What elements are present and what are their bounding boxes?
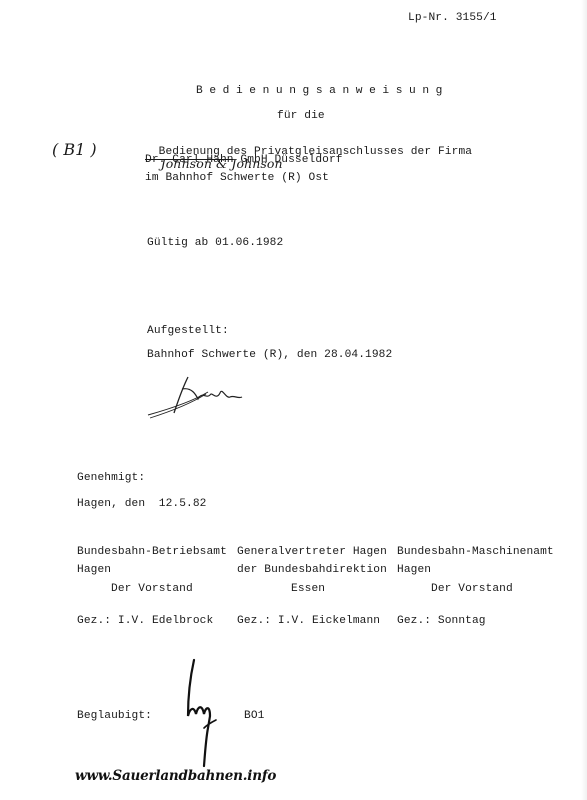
watermark-url: www.Sauerlandbahnen.info	[75, 770, 276, 784]
signatory-2-signed: Gez.: I.V. Eickelmann	[237, 616, 380, 627]
prepared-place-date: Bahnhof Schwerte (R), den 28.04.1982	[147, 350, 392, 361]
certified-code: BO1	[244, 711, 264, 722]
reference-number: Lp-Nr. 3155/1	[408, 13, 497, 24]
valid-from: Gültig ab 01.06.1982	[147, 238, 283, 249]
scan-edge-shadow	[581, 0, 587, 800]
signatory-3-line-3: Der Vorstand	[431, 584, 513, 595]
certified-signature	[180, 658, 220, 768]
subject-line-2: Dr. Carl Hahn GmbH Düsseldorf	[145, 155, 343, 166]
signatory-3-line-1: Bundesbahn-Maschinenamt	[397, 547, 554, 558]
signatory-1-line-1: Bundesbahn-Betriebsamt	[77, 547, 227, 558]
signatory-2-line-2: der Bundesbahdirektion	[237, 565, 387, 576]
certified-label: Beglaubigt:	[77, 711, 152, 722]
approved-place-date: Hagen, den 12.5.82	[77, 499, 206, 510]
signatory-1-signed: Gez.: I.V. Edelbrock	[77, 616, 213, 627]
signatory-3-line-2: Hagen	[397, 565, 431, 576]
company-suffix: GmbH Düsseldorf	[234, 154, 343, 166]
signatory-1-line-3: Der Vorstand	[111, 584, 193, 595]
prepared-signature	[148, 375, 248, 420]
signatory-1-line-2: Hagen	[77, 565, 111, 576]
struck-company-name: Dr. Carl Hahn	[145, 154, 234, 166]
prepared-label: Aufgestellt:	[147, 326, 229, 337]
approved-label: Genehmigt:	[77, 473, 145, 484]
signatory-2-line-3: Essen	[291, 584, 325, 595]
document-subtitle: für die	[277, 111, 325, 122]
margin-note: ( B1 )	[52, 142, 97, 158]
subject-line-3: im Bahnhof Schwerte (R) Ost	[145, 173, 329, 184]
document-title: Bedienungsanweisung	[196, 86, 449, 97]
signatory-2-line-1: Generalvertreter Hagen	[237, 547, 387, 558]
signatory-3-signed: Gez.: Sonntag	[397, 616, 486, 627]
